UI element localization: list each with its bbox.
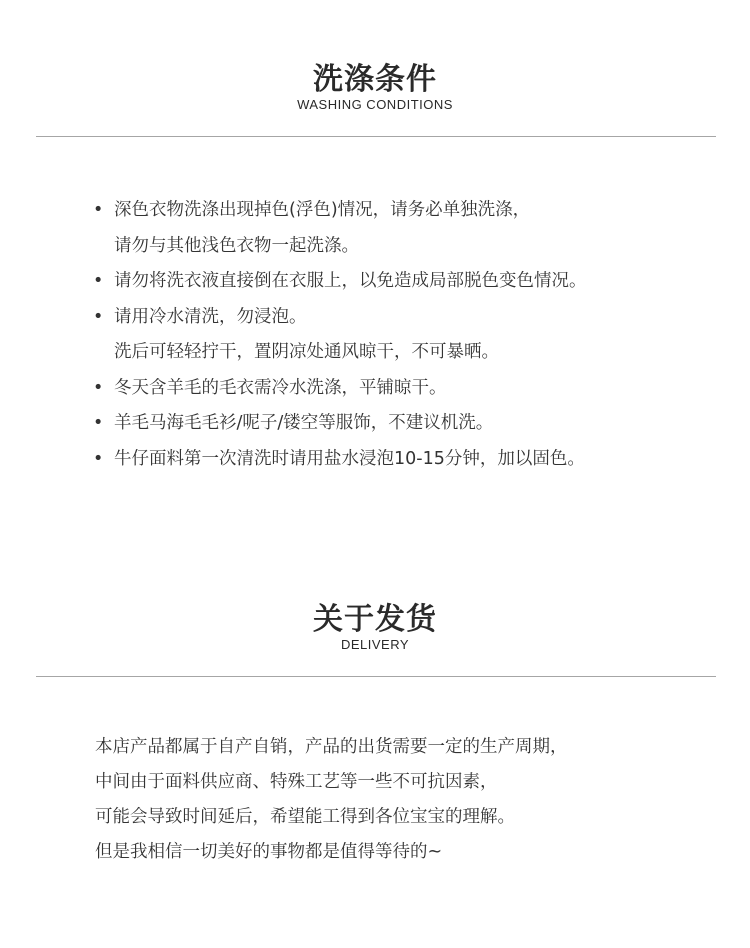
washing-subtitle: WASHING CONDITIONS (0, 97, 750, 112)
washing-list-item: • 羊毛马海毛毛衫/呢子/镂空等服饰，不建议机洗。 (93, 406, 587, 442)
washing-list-item: • 牛仔面料第一次清洗时请用盐水浸泡10-15分钟，加以固色。 (93, 442, 587, 478)
washing-item-text: 冬天含羊毛的毛衣需冷水洗涤，平铺晾干。 (114, 371, 587, 407)
washing-item-text: 深色衣物洗涤出现掉色(浮色)情况，请务必单独洗涤， (114, 193, 587, 229)
washing-divider (36, 136, 716, 137)
delivery-paragraph: 但是我相信一切美好的事物都是值得等待的~ (95, 835, 568, 870)
washing-list-item: • 冬天含羊毛的毛衣需冷水洗涤，平铺晾干。 (93, 371, 587, 407)
washing-title: 洗涤条件 (0, 54, 750, 98)
bullet-icon: • (93, 300, 114, 336)
washing-list-item: • 深色衣物洗涤出现掉色(浮色)情况，请务必单独洗涤， 请勿与其他浅色衣物一起洗… (93, 193, 587, 264)
washing-item-text: 牛仔面料第一次清洗时请用盐水浸泡10-15分钟，加以固色。 (114, 442, 587, 478)
bullet-icon: • (93, 264, 114, 300)
washing-list-item: • 请用冷水清洗，勿浸泡。 洗后可轻轻拧干，置阴凉处通风晾干，不可暴晒。 (93, 300, 587, 371)
bullet-icon: • (93, 193, 114, 229)
product-info-page: 洗涤条件 WASHING CONDITIONS • 深色衣物洗涤出现掉色(浮色)… (0, 0, 750, 948)
washing-list-item: • 请勿将洗衣液直接倒在衣服上，以免造成局部脱色变色情况。 (93, 264, 587, 300)
delivery-paragraph: 中间由于面料供应商、特殊工艺等一些不可抗因素， (95, 765, 568, 800)
bullet-icon: • (93, 371, 114, 407)
delivery-text: 本店产品都属于自产自销，产品的出货需要一定的生产周期， 中间由于面料供应商、特殊… (95, 730, 568, 870)
washing-item-text: 羊毛马海毛毛衫/呢子/镂空等服饰，不建议机洗。 (114, 406, 587, 442)
washing-item-text: 请勿与其他浅色衣物一起洗涤。 (114, 229, 587, 265)
washing-item-text: 请勿将洗衣液直接倒在衣服上，以免造成局部脱色变色情况。 (114, 264, 587, 300)
bullet-icon: • (93, 442, 114, 478)
bullet-icon: • (93, 406, 114, 442)
delivery-paragraph: 可能会导致时间延后，希望能工得到各位宝宝的理解。 (95, 800, 568, 835)
delivery-title: 关于发货 (0, 594, 750, 638)
delivery-paragraph: 本店产品都属于自产自销，产品的出货需要一定的生产周期， (95, 730, 568, 765)
washing-item-text: 洗后可轻轻拧干，置阴凉处通风晾干，不可暴晒。 (114, 335, 587, 371)
delivery-divider (36, 676, 716, 677)
delivery-subtitle: DELIVERY (0, 637, 750, 652)
washing-item-text: 请用冷水清洗，勿浸泡。 (114, 300, 587, 336)
washing-list: • 深色衣物洗涤出现掉色(浮色)情况，请务必单独洗涤， 请勿与其他浅色衣物一起洗… (93, 193, 587, 477)
